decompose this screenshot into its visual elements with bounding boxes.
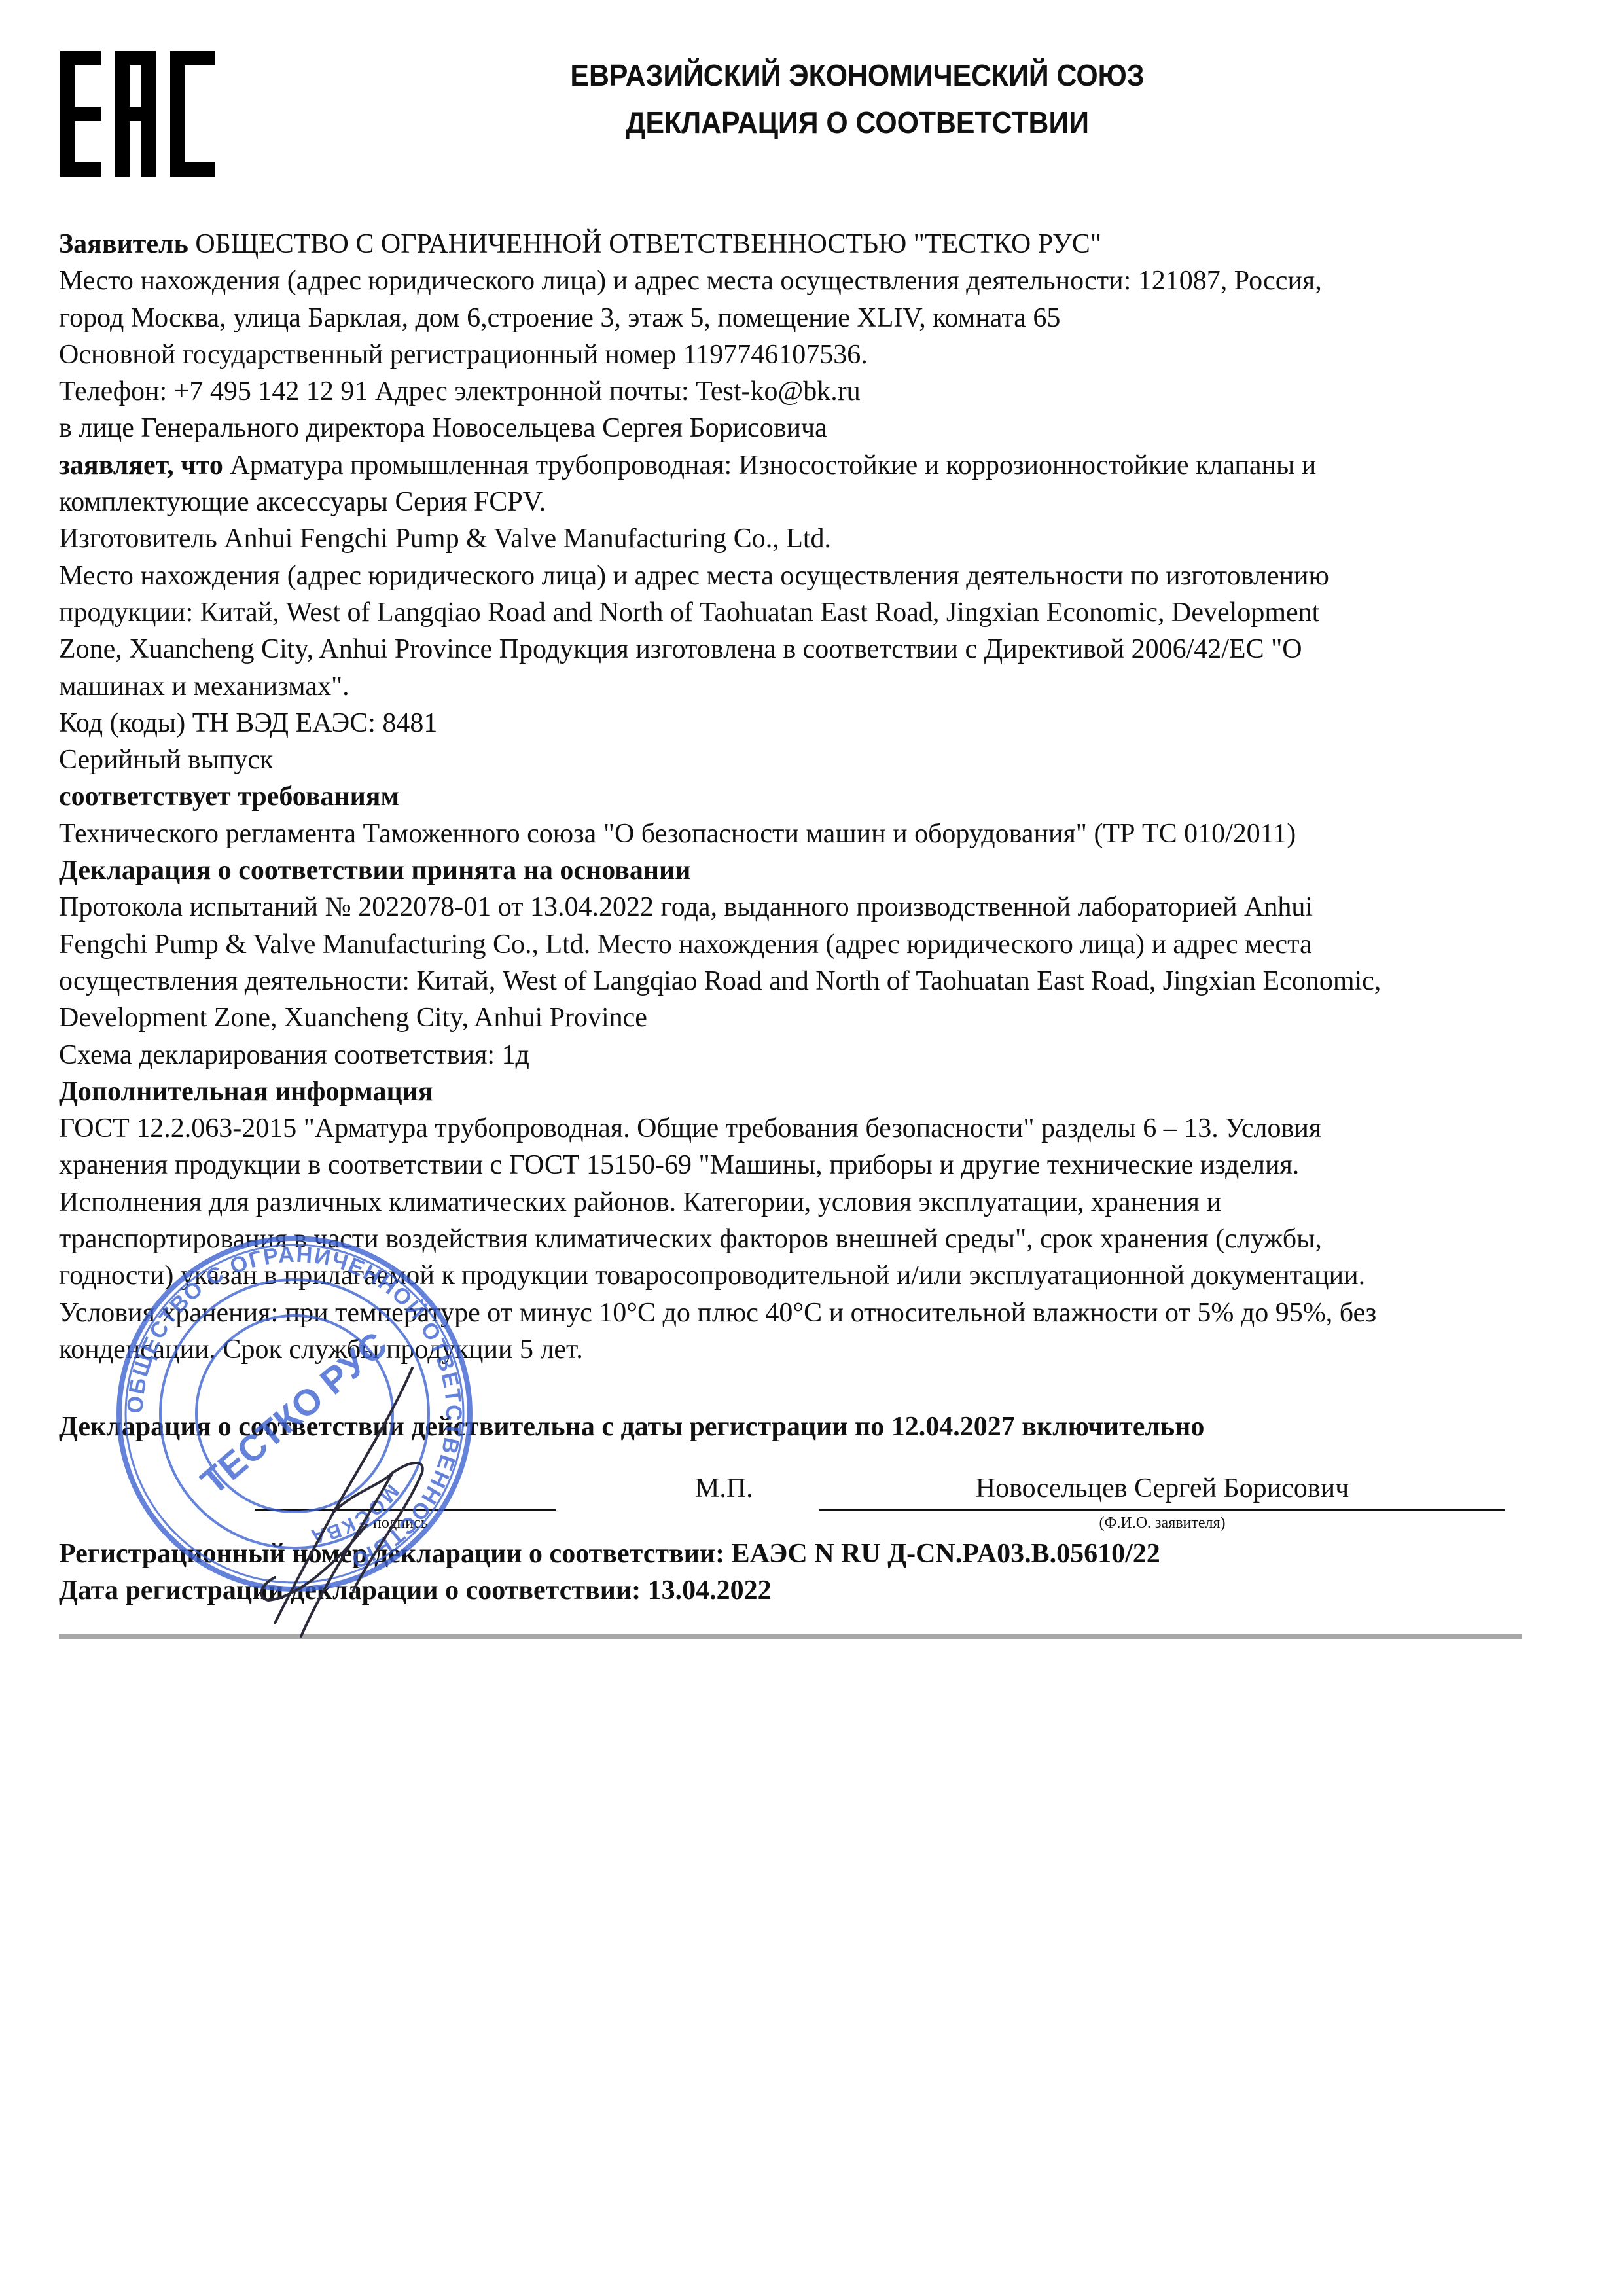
basis-heading: Декларация о соответствии принята на осн… bbox=[59, 852, 1538, 889]
registration-date: Дата регистрации декларации о соответств… bbox=[59, 1572, 1538, 1609]
technical-regulation: Технического регламента Таможенного союз… bbox=[59, 816, 1538, 852]
basis-line-3: осуществления деятельности: Китай, West … bbox=[59, 963, 1538, 999]
product-description: Арматура промышленная трубопроводная: Из… bbox=[223, 450, 1316, 480]
additional-line-4: транспортирования в части воздействия кл… bbox=[59, 1221, 1538, 1257]
conformity-heading: соответствует требованиям bbox=[59, 778, 1538, 815]
hs-code: Код (коды) ТН ВЭД ЕАЭС: 8481 bbox=[59, 705, 1538, 742]
registration-number: Регистрационный номер декларации о соотв… bbox=[59, 1535, 1538, 1572]
applicant-representative: в лице Генерального директора Новосельце… bbox=[59, 410, 1538, 446]
additional-line-3: Исполнения для различных климатических р… bbox=[59, 1184, 1538, 1221]
declaration-scheme: Схема декларирования соответствия: 1д bbox=[59, 1037, 1538, 1073]
manufacturer-address-1: Место нахождения (адрес юридического лиц… bbox=[59, 558, 1538, 594]
additional-line-1: ГОСТ 12.2.063-2015 "Арматура трубопровод… bbox=[59, 1110, 1538, 1147]
applicant-address-1: Место нахождения (адрес юридического лиц… bbox=[59, 262, 1538, 299]
additional-line-7: конденсации. Срок службы продукции 5 лет… bbox=[59, 1331, 1538, 1368]
document-title-union: ЕВРАЗИЙСКИЙ ЭКОНОМИЧЕСКИЙ СОЮЗ bbox=[401, 58, 1314, 93]
applicant-address-2: город Москва, улица Барклая, дом 6,строе… bbox=[59, 300, 1538, 336]
manufacturer-name: Изготовитель Anhui Fengchi Pump & Valve … bbox=[59, 520, 1538, 557]
document-title-declaration: ДЕКЛАРАЦИЯ О СООТВЕТСТВИИ bbox=[401, 105, 1314, 140]
manufacturer-address-3: Zone, Xuancheng City, Anhui Province Про… bbox=[59, 631, 1538, 668]
signature-line bbox=[255, 1509, 556, 1511]
product-description-2: комплектующие аксессуары Серия FCPV. bbox=[59, 484, 1538, 520]
manufacturer-address-4: машинах и механизмах". bbox=[59, 668, 1538, 705]
declaration-body: Заявитель ОБЩЕСТВО С ОГРАНИЧЕННОЙ ОТВЕТС… bbox=[59, 226, 1538, 1446]
signer-name: Новосельцев Сергей Борисович bbox=[819, 1473, 1505, 1504]
applicant-label: Заявитель bbox=[59, 229, 188, 259]
declares-line: заявляет, что Арматура промышленная труб… bbox=[59, 447, 1538, 484]
validity-statement: Декларация о соответствии действительна … bbox=[59, 1408, 1538, 1445]
additional-info-heading: Дополнительная информация bbox=[59, 1073, 1538, 1110]
release-type: Серийный выпуск bbox=[59, 742, 1538, 778]
seal-place-label: М.П. bbox=[695, 1473, 753, 1504]
declares-label: заявляет, что bbox=[59, 450, 223, 480]
additional-line-6: Условия хранения: при температуре от мин… bbox=[59, 1295, 1538, 1331]
applicant-line: Заявитель ОБЩЕСТВО С ОГРАНИЧЕННОЙ ОТВЕТС… bbox=[59, 226, 1538, 262]
applicant-contacts: Телефон: +7 495 142 12 91 Адрес электрон… bbox=[59, 373, 1538, 410]
signature-block: подпись М.П. Новосельцев Сергей Борисови… bbox=[59, 1473, 1525, 1532]
applicant-ogrn: Основной государственный регистрационный… bbox=[59, 336, 1538, 373]
bottom-divider bbox=[59, 1634, 1522, 1639]
signer-caption: (Ф.И.О. заявителя) bbox=[819, 1515, 1505, 1532]
signer-name-line bbox=[819, 1509, 1505, 1511]
additional-line-2: хранения продукции в соответствии с ГОСТ… bbox=[59, 1147, 1538, 1183]
additional-line-5: годности) указан в прилагаемой к продукц… bbox=[59, 1257, 1538, 1294]
applicant-name: ОБЩЕСТВО С ОГРАНИЧЕННОЙ ОТВЕТСТВЕННОСТЬЮ… bbox=[188, 229, 1101, 259]
eac-logo-icon bbox=[60, 51, 215, 177]
basis-line-1: Протокола испытаний № 2022078-01 от 13.0… bbox=[59, 889, 1538, 925]
basis-line-2: Fengchi Pump & Valve Manufacturing Co., … bbox=[59, 926, 1538, 963]
manufacturer-address-2: продукции: Китай, West of Langqiao Road … bbox=[59, 594, 1538, 631]
registration-block: Регистрационный номер декларации о соотв… bbox=[59, 1535, 1538, 1609]
signature-caption: подпись bbox=[373, 1515, 428, 1532]
basis-line-4: Development Zone, Xuancheng City, Anhui … bbox=[59, 999, 1538, 1036]
